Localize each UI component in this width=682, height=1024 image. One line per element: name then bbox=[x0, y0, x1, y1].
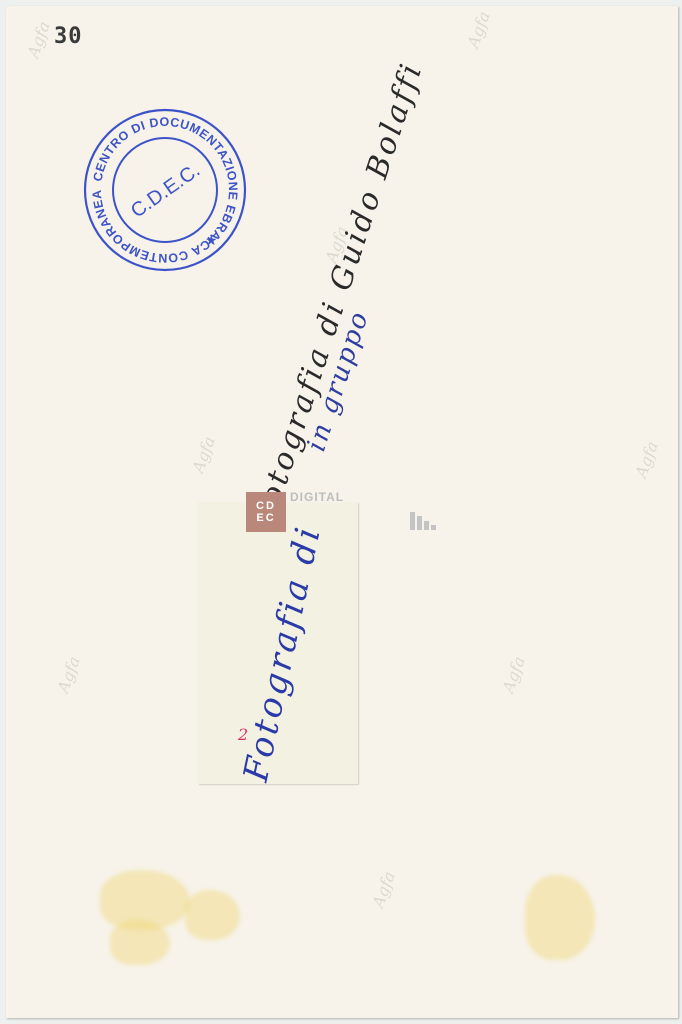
glue-stain bbox=[185, 890, 240, 940]
svg-text:★: ★ bbox=[205, 232, 218, 248]
svg-text:C.D.E.C.: C.D.E.C. bbox=[127, 159, 204, 222]
cdec-stamp: CENTRO DI DOCUMENTAZIONE EBRAICA CONTEMP… bbox=[80, 105, 250, 275]
cdec-logo: CD EC bbox=[246, 492, 286, 532]
glue-stain bbox=[525, 875, 595, 960]
logo-line2: EC bbox=[256, 512, 275, 524]
logo-bars-icon bbox=[410, 512, 436, 530]
logo-wordmark: DIGITAL bbox=[290, 490, 344, 504]
catalog-number: 30 bbox=[54, 24, 83, 49]
red-mark: 2 bbox=[238, 725, 248, 744]
logo-line1: CD bbox=[256, 500, 276, 512]
glue-stain bbox=[110, 920, 170, 965]
